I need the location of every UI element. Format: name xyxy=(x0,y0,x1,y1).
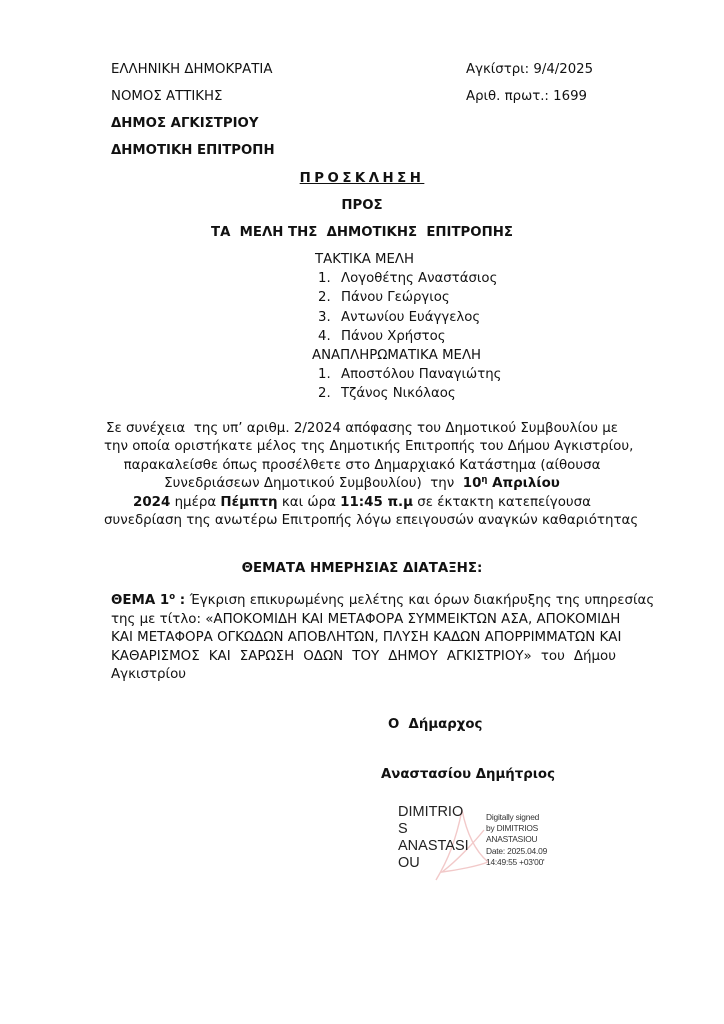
member-item: 1.Αποστόλου Παναγιώτης xyxy=(315,365,501,384)
recipients: ΤΑ ΜΕΛΗ ΤΗΣ ΔΗΜΟΤΙΚΗΣ ΕΠΙΤΡΟΠΗΣ xyxy=(0,225,724,240)
member-item: 2.Τζάνος Νικόλαος xyxy=(315,384,501,403)
digital-signer-name: DIMITRIO S ANASTASI OU xyxy=(398,804,469,872)
member-name: Πάνου Γεώργιος xyxy=(341,290,450,305)
para-line: 2024 ημέρα Πέμπτη και ώρα 11:45 π.μ σε έ… xyxy=(104,494,620,512)
member-name: Αντωνίου Ευάγγελος xyxy=(341,310,480,325)
para-line: συνεδρίαση της ανωτέρω Επιτροπής λόγω επ… xyxy=(104,512,620,530)
member-name: Τζάνος Νικόλαος xyxy=(341,386,456,401)
member-item: 4.Πάνου Χρήστος xyxy=(315,327,501,346)
meeting-year: 2024 xyxy=(133,495,170,510)
members-list: ΤΑΚΤΙΚΑ ΜΕΛΗ 1.Λογοθέτης Αναστάσιος 2.Πά… xyxy=(315,250,501,404)
invitation-paragraph: Σε συνέχεια της υπ’ αριθμ. 2/2024 απόφασ… xyxy=(104,420,620,530)
agenda-topic-1: ΘΕΜΑ 1ο : Έγκριση επικυρωμένης μελέτης κ… xyxy=(111,592,616,685)
digital-signature: DIMITRIO S ANASTASI OU Digitally signed … xyxy=(398,804,568,880)
member-name: Αποστόλου Παναγιώτης xyxy=(341,367,501,382)
header-committee: ΔΗΜΟΤΙΚΗ ΕΠΙΤΡΟΠΗ xyxy=(111,143,275,158)
signatory-role: Ο Δήμαρχος xyxy=(388,717,482,732)
protocol-number: Αριθ. πρωτ.: 1699 xyxy=(466,89,587,104)
alternate-members-label: ΑΝΑΠΛΗΡΩΜΑΤΙΚΑ ΜΕΛΗ xyxy=(312,346,501,365)
topic-line: ΚΑΙ ΜΕΤΑΦΟΡΑ ΟΓΚΩΔΩΝ ΑΠΟΒΛΗΤΩΝ, ΠΛΥΣΗ ΚΑ… xyxy=(111,629,616,648)
header-municipality: ΔΗΜΟΣ ΑΓΚΙΣΤΡΙΟΥ xyxy=(111,116,258,131)
document-title-wrap: ΠΡΟΣΚΛΗΣΗ xyxy=(0,171,724,186)
member-item: 2.Πάνου Γεώργιος xyxy=(315,288,501,307)
alternate-members: 1.Αποστόλου Παναγιώτης 2.Τζάνος Νικόλαος xyxy=(315,365,501,403)
digital-signature-info: Digitally signed by DIMITRIOS ANASTASIOU… xyxy=(486,812,547,868)
member-item: 1.Λογοθέτης Αναστάσιος xyxy=(315,269,501,288)
meeting-time: 11:45 π.μ xyxy=(340,495,413,510)
document-title: ΠΡΟΣΚΛΗΣΗ xyxy=(300,171,425,186)
member-item: 3.Αντωνίου Ευάγγελος xyxy=(315,308,501,327)
para-line: Συνεδριάσεων Δημοτικού Συμβουλίου) την 1… xyxy=(104,475,620,493)
para-line: την οποία οριστήκατε μέλος της Δημοτικής… xyxy=(104,438,620,456)
meeting-weekday: Πέμπτη xyxy=(220,495,277,510)
regular-members: 1.Λογοθέτης Αναστάσιος 2.Πάνου Γεώργιος … xyxy=(315,269,501,346)
member-name: Πάνου Χρήστος xyxy=(341,329,446,344)
to-label: ΠΡΟΣ xyxy=(0,198,724,213)
signatory-name: Αναστασίου Δημήτριος xyxy=(381,767,555,782)
meeting-day: 10η Απριλίου xyxy=(463,476,560,491)
topic-label: ΘΕΜΑ 1ο : xyxy=(111,593,190,608)
para-line: παρακαλείσθε όπως προσέλθετε στο Δημαρχι… xyxy=(104,457,620,475)
regular-members-label: ΤΑΚΤΙΚΑ ΜΕΛΗ xyxy=(315,250,501,269)
topic-line: ΘΕΜΑ 1ο : Έγκριση επικυρωμένης μελέτης κ… xyxy=(111,592,616,611)
topic-line: της με τίτλο: «ΑΠΟΚΟΜΙΔΗ ΚΑΙ ΜΕΤΑΦΟΡΑ ΣΥ… xyxy=(111,611,616,630)
topic-line: ΚΑΘΑΡΙΣΜΟΣ ΚΑΙ ΣΑΡΩΣΗ ΟΔΩΝ ΤΟΥ ΔΗΜΟΥ ΑΓΚ… xyxy=(111,648,616,667)
header-prefecture: ΝΟΜΟΣ ΑΤΤΙΚΗΣ xyxy=(111,89,222,104)
topic-line: Αγκιστρίου xyxy=(111,666,616,685)
member-name: Λογοθέτης Αναστάσιος xyxy=(341,271,497,286)
header-country: ΕΛΛΗΝΙΚΗ ΔΗΜΟΚΡΑΤΙΑ xyxy=(111,62,272,77)
place-date: Αγκίστρι: 9/4/2025 xyxy=(466,62,593,77)
para-line: Σε συνέχεια της υπ’ αριθμ. 2/2024 απόφασ… xyxy=(104,420,620,438)
agenda-heading: ΘΕΜΑΤΑ ΗΜΕΡΗΣΙΑΣ ΔΙΑΤΑΞΗΣ: xyxy=(0,561,724,576)
